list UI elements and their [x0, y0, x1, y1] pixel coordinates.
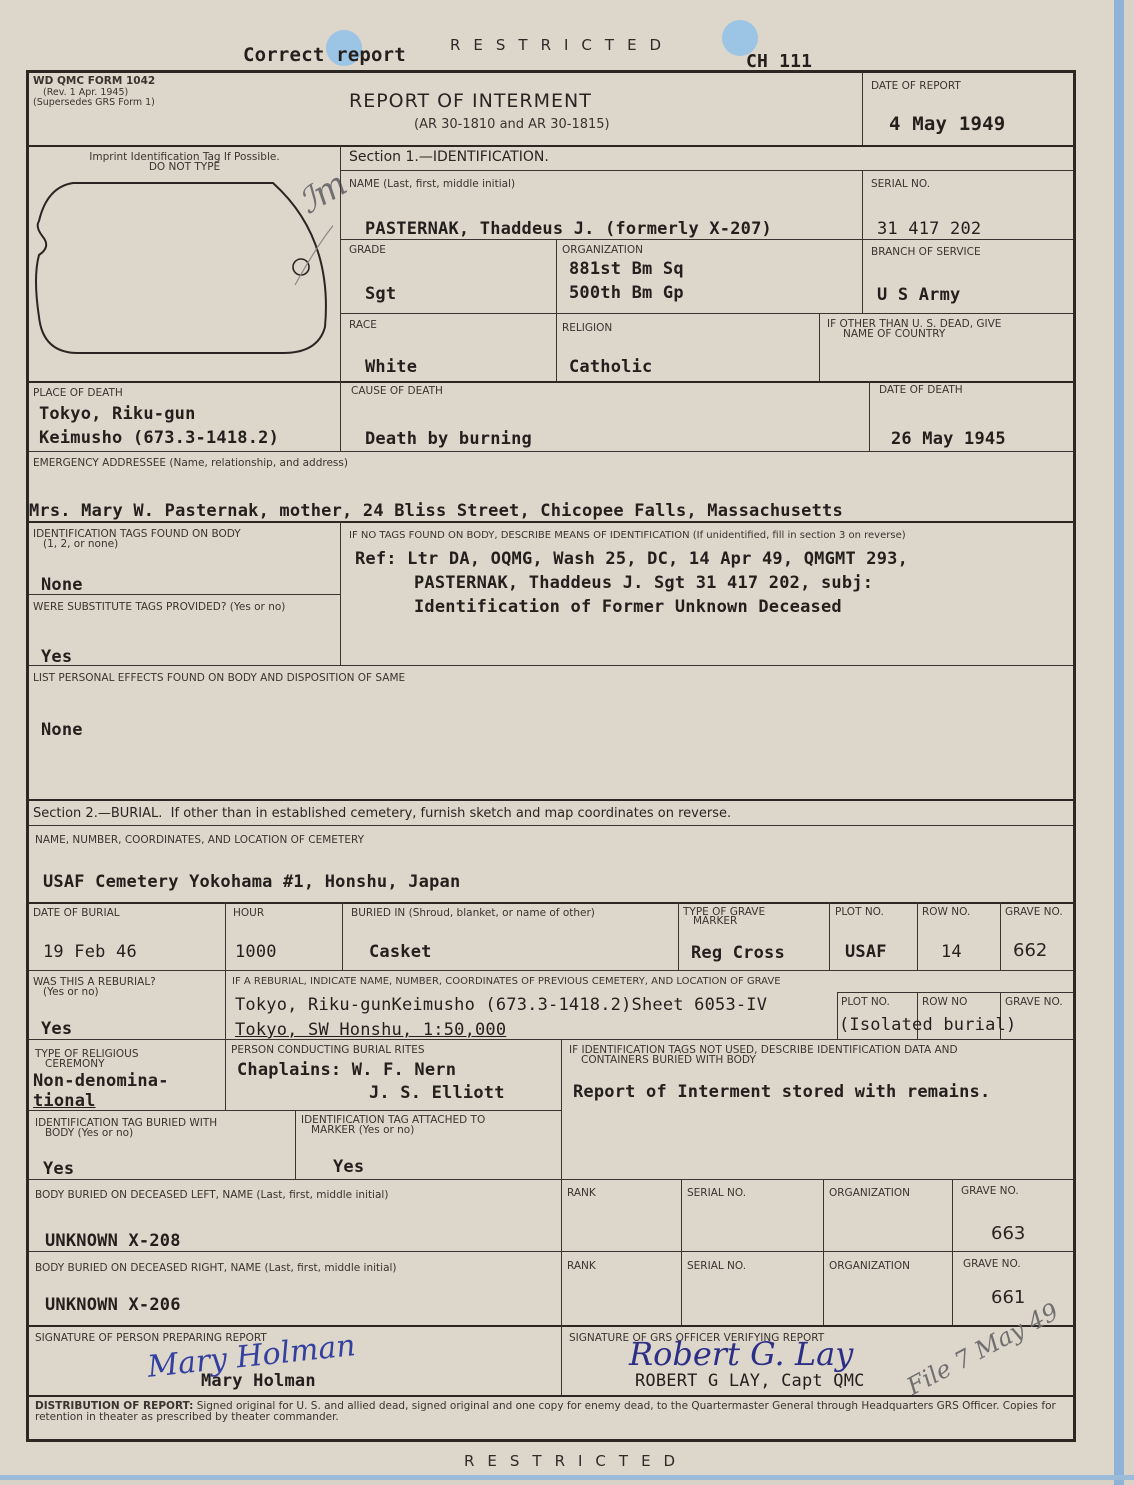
divider: [837, 992, 1073, 993]
divider: [29, 1179, 1073, 1180]
means-of-id-line-3[interactable]: Identification of Former Unknown Decease…: [414, 597, 842, 617]
date-of-report-label: DATE OF REPORT: [871, 81, 961, 92]
tag-imprint-instruction-2: DO NOT TYPE: [29, 162, 340, 173]
left-grave-label: GRAVE NO.: [961, 1186, 1019, 1197]
form-title: REPORT OF INTERMENT: [349, 90, 749, 112]
place-of-death-line-1[interactable]: Tokyo, Riku-gun: [39, 404, 196, 424]
tag-buried-label-2: BODY (Yes or no): [45, 1128, 133, 1139]
burial-rites-label: PERSON CONDUCTING BURIAL RITES: [231, 1045, 425, 1056]
serial-label: SERIAL NO.: [871, 179, 930, 190]
row-value[interactable]: 14: [941, 942, 962, 962]
branch-value[interactable]: U S Army: [877, 285, 960, 305]
document-page: Correct report RESTRICTED CH 111 WD QMC …: [0, 0, 1124, 1480]
divider: [29, 381, 1073, 383]
report-of-interment-form: WD QMC FORM 1042 (Rev. 1 Apr. 1945) (Sup…: [26, 70, 1076, 1442]
id-data-value[interactable]: Report of Interment stored with remains.: [573, 1082, 990, 1102]
divider: [29, 970, 1073, 971]
previous-cemetery-line-1[interactable]: Tokyo, Riku-gunKeimusho (673.3-1418.2)Sh…: [235, 995, 767, 1015]
divider: [556, 313, 557, 381]
burial-rites-line-1[interactable]: Chaplains: W. F. Nern: [237, 1060, 456, 1080]
divider: [678, 902, 679, 970]
section-2-title: Section 2.—BURIAL.: [33, 806, 162, 821]
previous-cemetery-label: IF A REBURIAL, INDICATE NAME, NUMBER, CO…: [232, 976, 781, 987]
means-of-id-line-2[interactable]: PASTERNAK, Thaddeus J. Sgt 31 417 202, s…: [414, 573, 873, 593]
date-of-burial-label: DATE OF BURIAL: [33, 908, 120, 919]
divider: [1000, 902, 1001, 970]
divider: [561, 1039, 562, 1179]
dog-tag-outline-icon[interactable]: [33, 177, 333, 357]
personal-effects-value[interactable]: None: [41, 720, 83, 740]
right-serial-label: SERIAL NO.: [687, 1261, 746, 1272]
divider: [340, 170, 1073, 171]
divider: [340, 145, 341, 381]
place-of-death-label: PLACE OF DEATH: [33, 388, 123, 399]
ceremony-line-1[interactable]: Non-denomina-: [33, 1071, 169, 1091]
form-id: WD QMC FORM 1042: [33, 76, 155, 87]
id-data-label-2: CONTAINERS BURIED WITH BODY: [581, 1055, 756, 1066]
cause-of-death-value[interactable]: Death by burning: [365, 429, 532, 449]
cemetery-value[interactable]: USAF Cemetery Yokohama #1, Honshu, Japan: [43, 872, 460, 892]
divider: [561, 1325, 562, 1395]
place-of-death-line-2[interactable]: Keimusho (673.3-1418.2): [39, 428, 279, 448]
means-of-id-label: IF NO TAGS FOUND ON BODY, DESCRIBE MEANS…: [349, 530, 906, 541]
restricted-marking-top: RESTRICTED: [450, 36, 674, 54]
divider: [862, 73, 863, 145]
divider: [561, 1179, 562, 1325]
divider: [29, 825, 1073, 826]
emergency-label: EMERGENCY ADDRESSEE (Name, relationship,…: [33, 458, 348, 469]
hour-value[interactable]: 1000: [235, 942, 277, 962]
scan-background-edge: [1114, 0, 1124, 1485]
reburial-label-2: (Yes or no): [43, 987, 99, 998]
divider: [952, 1179, 953, 1325]
previous-grave-note[interactable]: (Isolated burial): [839, 1015, 1016, 1035]
left-organization-label: ORGANIZATION: [829, 1188, 910, 1199]
grave-marker-label-2: MARKER: [693, 916, 737, 927]
divider: [869, 381, 870, 451]
pencil-file-annotation: File 7 May 49: [902, 1297, 1063, 1400]
organization-label: ORGANIZATION: [562, 245, 643, 256]
left-body-name[interactable]: UNKNOWN X-208: [45, 1231, 181, 1251]
divider: [29, 1325, 1073, 1327]
divider: [681, 1179, 682, 1325]
organization-line-1[interactable]: 881st Bm Sq: [569, 259, 684, 279]
officer-signature[interactable]: Robert G. Lay: [629, 1335, 853, 1373]
divider: [829, 902, 830, 970]
left-rank-label: RANK: [567, 1188, 596, 1199]
correct-report-stamp: Correct report: [243, 44, 406, 66]
ceremony-line-2[interactable]: tional: [33, 1091, 96, 1111]
grade-value[interactable]: Sgt: [365, 284, 396, 304]
grave-value[interactable]: 662: [1013, 940, 1047, 961]
tag-buried-value[interactable]: Yes: [43, 1159, 74, 1179]
left-grave-value[interactable]: 663: [991, 1223, 1025, 1244]
section-1-heading: Section 1.—IDENTIFICATION.: [349, 149, 549, 165]
divider: [29, 1395, 1073, 1397]
divider: [342, 902, 343, 970]
divider: [295, 1110, 296, 1179]
previous-plot-label: PLOT NO.: [841, 997, 890, 1008]
ceremony-label-2: CEREMONY: [45, 1059, 105, 1070]
hour-label: HOUR: [233, 908, 264, 919]
cemetery-label: NAME, NUMBER, COORDINATES, AND LOCATION …: [35, 835, 364, 846]
date-of-report-value[interactable]: 4 May 1949: [889, 113, 1005, 135]
divider: [225, 1039, 226, 1110]
reburial-value[interactable]: Yes: [41, 1019, 72, 1039]
row-label: ROW NO.: [922, 907, 970, 918]
left-body-label: BODY BURIED ON DECEASED LEFT, NAME (Last…: [35, 1190, 388, 1201]
divider: [823, 1179, 824, 1325]
right-grave-value[interactable]: 661: [991, 1287, 1025, 1308]
plot-value[interactable]: USAF: [845, 942, 887, 962]
divider: [862, 170, 863, 239]
race-label: RACE: [349, 320, 377, 331]
previous-grave-label: GRAVE NO.: [1005, 997, 1063, 1008]
tags-found-label-2: (1, 2, or none): [43, 539, 118, 550]
divider: [340, 381, 341, 451]
right-body-name[interactable]: UNKNOWN X-206: [45, 1295, 181, 1315]
means-of-id-line-1[interactable]: Ref: Ltr DA, OQMG, Wash 25, DC, 14 Apr 4…: [355, 549, 908, 569]
divider: [29, 451, 1073, 452]
section-2-heading: Section 2.—BURIAL. If other than in esta…: [33, 806, 731, 821]
substitute-tags-value[interactable]: Yes: [41, 647, 72, 667]
divider: [556, 239, 557, 313]
substitute-tags-label: WERE SUBSTITUTE TAGS PROVIDED? (Yes or n…: [33, 602, 285, 613]
grave-marker-value[interactable]: Reg Cross: [691, 943, 785, 963]
right-rank-label: RANK: [567, 1261, 596, 1272]
grade-label: GRADE: [349, 245, 386, 256]
preparer-typed-name: Mary Holman: [201, 1371, 316, 1391]
divider: [340, 239, 1073, 240]
divider: [29, 521, 1073, 523]
divider: [225, 902, 226, 970]
divider: [29, 1251, 1073, 1252]
race-value[interactable]: White: [365, 357, 417, 377]
organization-line-2[interactable]: 500th Bm Gp: [569, 283, 684, 303]
previous-cemetery-line-2[interactable]: Tokyo, SW Honshu, 1:50,000: [235, 1020, 506, 1040]
divider: [29, 799, 1073, 801]
divider: [340, 521, 341, 665]
right-organization-label: ORGANIZATION: [829, 1261, 910, 1272]
previous-row-label: ROW NO: [922, 997, 967, 1008]
religion-value[interactable]: Catholic: [569, 357, 652, 377]
name-label: NAME (Last, first, middle initial): [349, 179, 515, 190]
divider: [837, 992, 838, 1039]
officer-typed-name: ROBERT G LAY, Capt QMC: [635, 1371, 865, 1391]
date-of-burial-value[interactable]: 19 Feb 46: [43, 942, 137, 962]
scan-background-edge-bottom: [0, 1475, 1134, 1480]
form-regulation: (AR 30-1810 and AR 30-1815): [414, 119, 610, 130]
country-label-2: NAME OF COUNTRY: [843, 329, 945, 340]
file-code: CH 111: [746, 51, 812, 72]
divider: [29, 1039, 1073, 1040]
divider: [340, 313, 1073, 314]
date-of-death-label: DATE OF DEATH: [879, 385, 963, 396]
distribution-note: DISTRIBUTION OF REPORT: Signed original …: [35, 1401, 1065, 1423]
emergency-value[interactable]: Mrs. Mary W. Pasternak, mother, 24 Bliss…: [29, 501, 843, 521]
branch-label: BRANCH OF SERVICE: [871, 247, 981, 258]
divider: [29, 145, 1073, 147]
tags-found-value[interactable]: None: [41, 575, 83, 595]
divider: [917, 902, 918, 970]
divider: [29, 665, 1073, 666]
restricted-marking-bottom: RESTRICTED: [464, 1452, 688, 1470]
form-supersedes: (Supersedes GRS Form 1): [33, 97, 155, 108]
divider: [862, 239, 863, 313]
cause-of-death-label: CAUSE OF DEATH: [351, 386, 443, 397]
serial-value[interactable]: 31 417 202: [877, 219, 981, 239]
date-of-death-value[interactable]: 26 May 1945: [891, 429, 1006, 449]
personal-effects-label: LIST PERSONAL EFFECTS FOUND ON BODY AND …: [33, 673, 405, 684]
right-body-label: BODY BURIED ON DECEASED RIGHT, NAME (Las…: [35, 1263, 397, 1274]
left-serial-label: SERIAL NO.: [687, 1188, 746, 1199]
divider: [29, 594, 340, 595]
right-grave-label: GRAVE NO.: [963, 1259, 1021, 1270]
divider: [225, 970, 226, 1039]
religion-label: RELIGION: [562, 323, 612, 334]
tag-marker-value[interactable]: Yes: [333, 1157, 364, 1177]
section-2-note: If other than in established cemetery, f…: [171, 806, 731, 821]
buried-in-label: BURIED IN (Shroud, blanket, or name of o…: [351, 908, 595, 919]
buried-in-value[interactable]: Casket: [369, 942, 432, 962]
divider: [819, 313, 820, 381]
grave-label: GRAVE NO.: [1005, 907, 1063, 918]
burial-rites-line-2[interactable]: J. S. Elliott: [369, 1083, 505, 1103]
name-value[interactable]: PASTERNAK, Thaddeus J. (formerly X-207): [365, 219, 772, 239]
tag-marker-label-2: MARKER (Yes or no): [311, 1125, 414, 1136]
plot-label: PLOT NO.: [835, 907, 884, 918]
